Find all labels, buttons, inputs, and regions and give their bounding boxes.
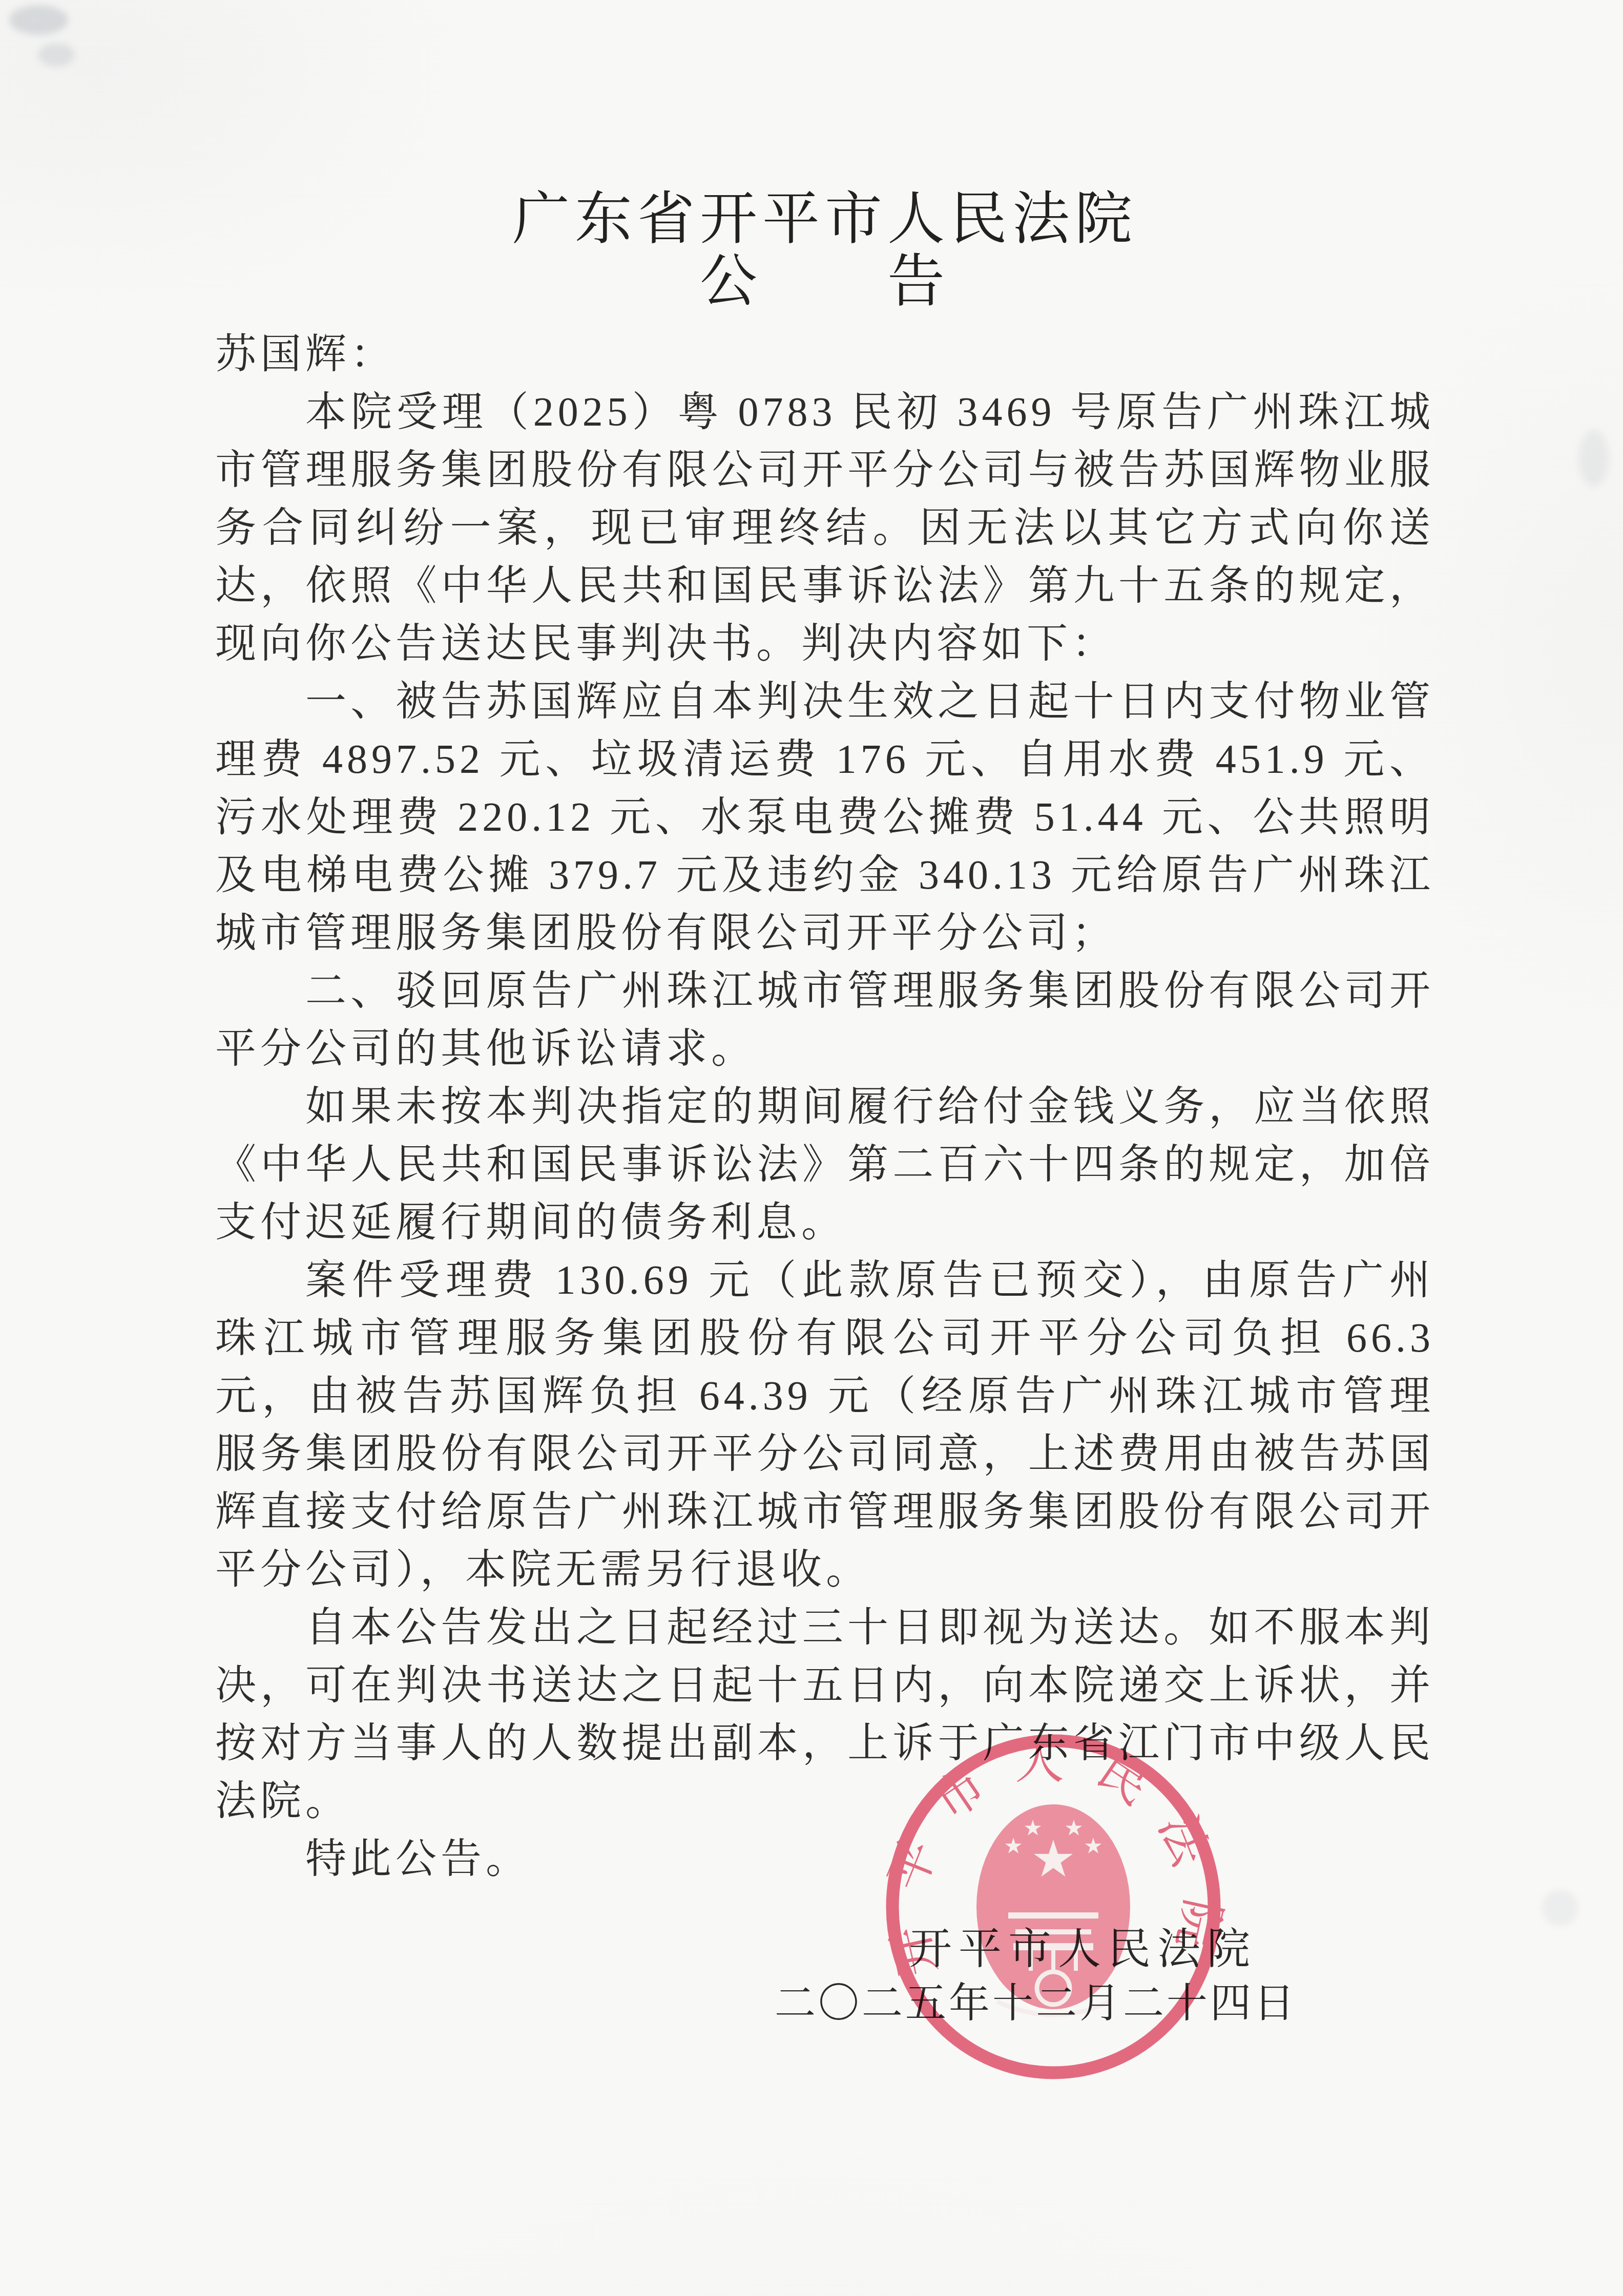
paragraph-appeal-instructions: 自本公告发出之日起经过三十日即视为送达。如不服本判决，可在判决书送达之日起十五日… <box>215 1599 1434 1830</box>
court-title: 广东省开平市人民法院 <box>215 188 1434 251</box>
paragraph-closing: 特此公告。 <box>215 1830 1434 1888</box>
salutation: 苏国辉： <box>215 326 1434 384</box>
document-header: 广东省开平市人民法院 公 告 <box>215 188 1434 313</box>
paragraph-interest-clause: 如果未按本判决指定的期间履行给付金钱义务，应当依照《中华人民共和国民事诉讼法》第… <box>215 1078 1434 1252</box>
national-emblem-icon <box>976 1804 1130 2015</box>
paragraph-court-fees: 案件受理费 130.69 元（此款原告已预交），由原告广州珠江城市管理服务集团股… <box>215 1252 1434 1599</box>
paragraph-judgment-item-2: 二、驳回原告广州珠江城市管理服务集团股份有限公司开平分公司的其他诉讼请求。 <box>215 962 1434 1078</box>
paragraph-case-intro: 本院受理（2025）粤 0783 民初 3469 号原告广州珠江城市管理服务集团… <box>215 384 1434 673</box>
scan-smudge <box>38 43 75 67</box>
scan-smudge <box>1542 1890 1578 1926</box>
official-seal: 开平市人民法院 <box>879 1726 1227 2088</box>
scan-smudge <box>9 5 68 35</box>
notice-body: 苏国辉： 本院受理（2025）粤 0783 民初 3469 号原告广州珠江城市管… <box>215 326 1434 1888</box>
scan-smudge <box>1579 430 1609 487</box>
scanned-court-notice-page: 广东省开平市人民法院 公 告 苏国辉： 本院受理（2025）粤 0783 民初 … <box>0 0 1623 2296</box>
paragraph-judgment-item-1: 一、被告苏国辉应自本判决生效之日起十日内支付物业管理费 4897.52 元、垃圾… <box>215 673 1434 962</box>
emblem-field <box>976 1804 1130 2009</box>
notice-title: 公 告 <box>215 251 1434 313</box>
